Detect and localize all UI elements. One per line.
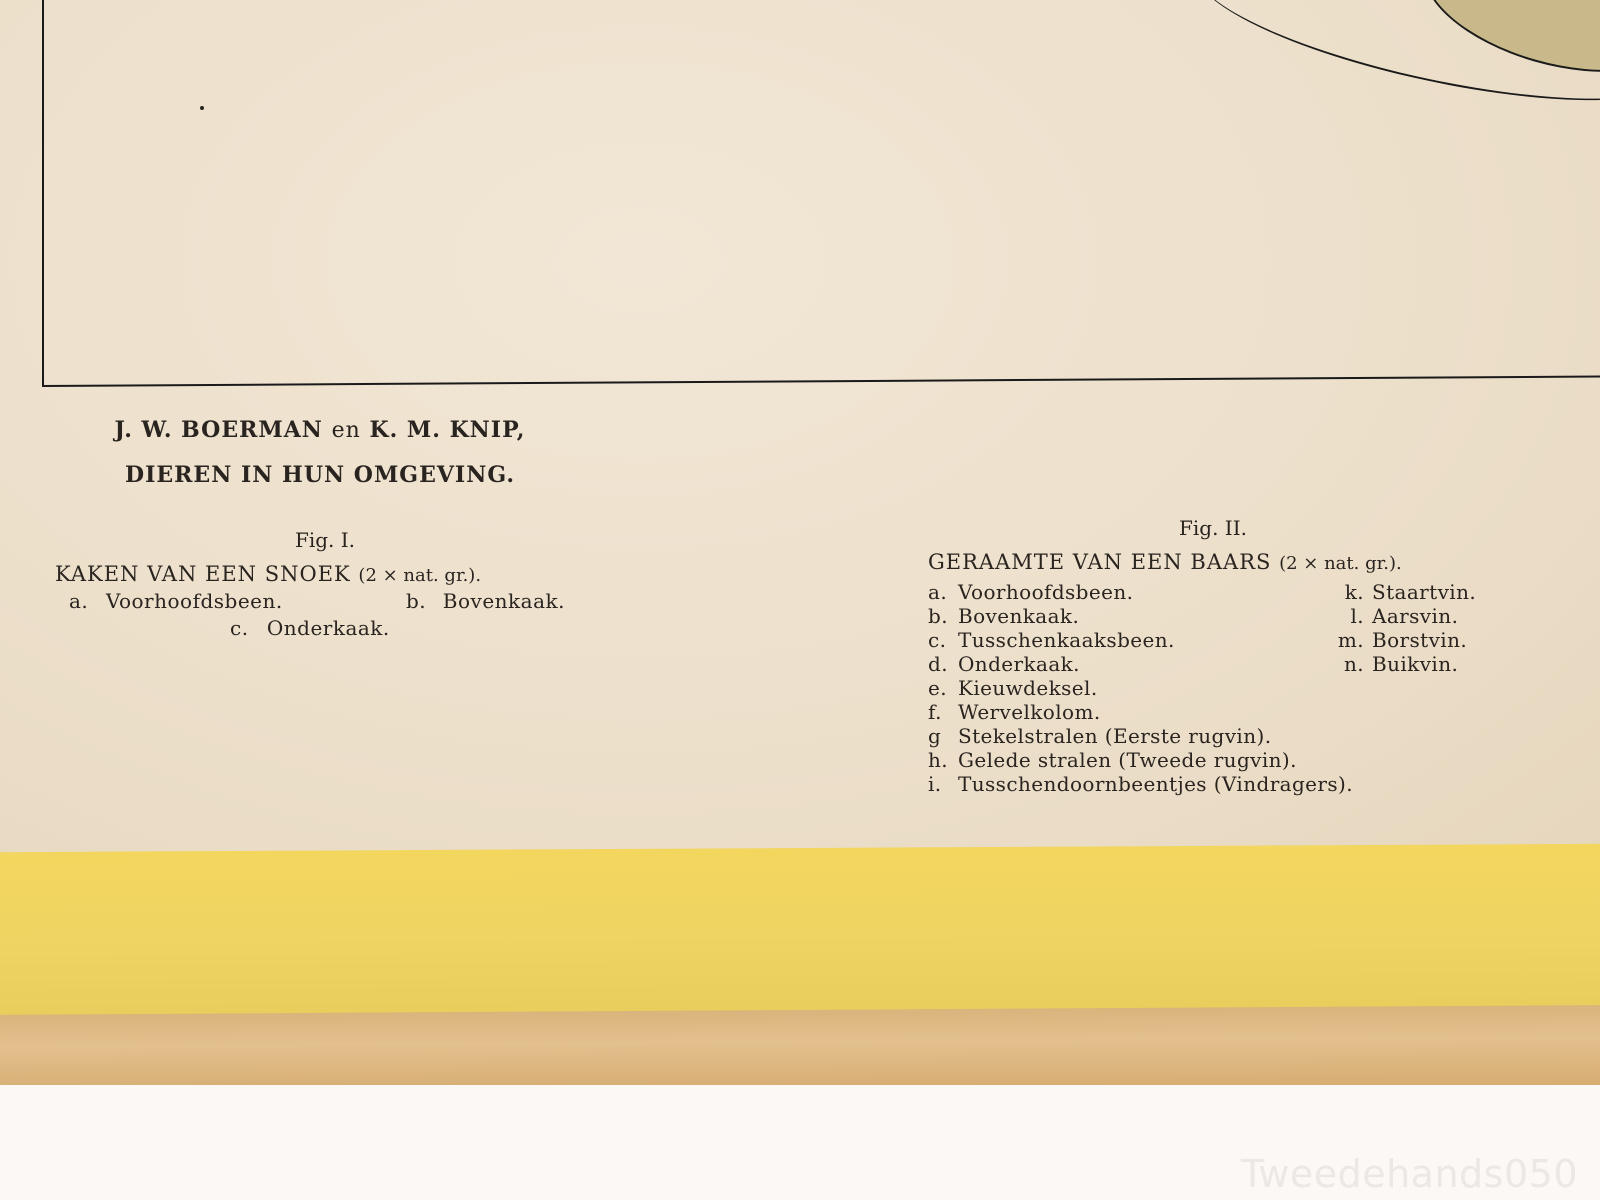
- legend-text: Voorhoofdsbeen.: [958, 580, 1133, 604]
- legend-item: b.Bovenkaak.: [928, 604, 1328, 628]
- publication-credit: J. W. BOERMAN en K. M. KNIP, DIEREN IN H…: [80, 408, 560, 497]
- legend-item: h.Gelede stralen (Tweede rugvin).: [928, 748, 1328, 772]
- legend-key: i.: [928, 772, 958, 796]
- legend-item: c.Tusschenkaaksbeen.: [928, 628, 1328, 652]
- legend-key: a.: [928, 580, 958, 604]
- figure-1-caption: Fig. I. KAKEN VAN EEN SNOEK (2 × nat. gr…: [55, 528, 595, 642]
- legend-text: Onderkaak.: [267, 616, 390, 640]
- legend-item: a. Voorhoofdsbeen.: [69, 588, 283, 615]
- legend-key: a.: [69, 588, 99, 615]
- legend-key: e.: [928, 676, 958, 700]
- legend-text: Kieuwdeksel.: [958, 676, 1098, 700]
- watermark: Tweedehands050: [1241, 1152, 1578, 1196]
- legend-item: e.Kieuwdeksel.: [928, 676, 1328, 700]
- legend-item: i.Tusschendoornbeentjes (Vindragers).: [928, 772, 1328, 796]
- legend-key: k.: [1328, 580, 1372, 604]
- legend-text: Voorhoofdsbeen.: [106, 589, 283, 613]
- legend-text: Onderkaak.: [958, 652, 1080, 676]
- legend-text: Aarsvin.: [1372, 604, 1458, 628]
- figure-1-title: KAKEN VAN EEN SNOEK (2 × nat. gr.).: [55, 562, 595, 586]
- legend-item: k.Staartvin.: [1328, 580, 1508, 604]
- legend-text: Wervelkolom.: [958, 700, 1101, 724]
- legend-key: h.: [928, 748, 958, 772]
- legend-item: d.Onderkaak.: [928, 652, 1328, 676]
- legend-item: b. Bovenkaak.: [406, 588, 565, 615]
- legend-text: Bovenkaak.: [958, 604, 1079, 628]
- figure-2-caption: Fig. II. GERAAMTE VAN EEN BAARS (2 × nat…: [928, 516, 1528, 796]
- legend-item: a.Voorhoofdsbeen.: [928, 580, 1328, 604]
- figure-2-title: GERAAMTE VAN EEN BAARS (2 × nat. gr.).: [928, 550, 1528, 574]
- legend-item: gStekelstralen (Eerste rugvin).: [928, 724, 1328, 748]
- legend-item: c. Onderkaak.: [230, 616, 390, 640]
- authors-line: J. W. BOERMAN en K. M. KNIP,: [80, 408, 560, 453]
- legend-item: f.Wervelkolom.: [928, 700, 1328, 724]
- figure-1-title-text: KAKEN VAN EEN SNOEK: [55, 562, 351, 586]
- legend-text: Tusschenkaaksbeen.: [958, 628, 1175, 652]
- legend-key: m.: [1328, 628, 1372, 652]
- legend-key: b.: [406, 588, 436, 615]
- conjunction: en: [332, 418, 361, 443]
- legend-key: g: [928, 724, 958, 748]
- figure-2-scale: (2 × nat. gr.).: [1279, 553, 1402, 574]
- legend-item: n.Buikvin.: [1328, 652, 1508, 676]
- aged-paper-edge: [0, 1005, 1600, 1095]
- author-knip: K. M. KNIP,: [369, 417, 525, 443]
- legend-text: Staartvin.: [1372, 580, 1476, 604]
- legend-key: d.: [928, 652, 958, 676]
- legend-key: n.: [1328, 652, 1372, 676]
- legend-key: l.: [1328, 604, 1372, 628]
- legend-key: f.: [928, 700, 958, 724]
- figure-1-legend: a. Voorhoofdsbeen. b. Bovenkaak. c. Onde…: [55, 588, 595, 642]
- legend-text: Buikvin.: [1372, 652, 1458, 676]
- legend-text: Borstvin.: [1372, 628, 1467, 652]
- ink-speck: [200, 106, 204, 110]
- figure-2-title-text: GERAAMTE VAN EEN BAARS: [928, 550, 1271, 574]
- legend-key: c.: [928, 628, 958, 652]
- series-title: DIEREN IN HUN OMGEVING.: [80, 453, 560, 497]
- figure-2-legend: a.Voorhoofdsbeen. b.Bovenkaak. c.Tussche…: [928, 580, 1528, 796]
- author-boerman: J. W. BOERMAN: [115, 417, 323, 443]
- legend-key: c.: [230, 615, 260, 642]
- figure-1-label: Fig. I.: [55, 528, 595, 552]
- legend-item: l.Aarsvin.: [1328, 604, 1508, 628]
- legend-text: Stekelstralen (Eerste rugvin).: [958, 724, 1271, 748]
- legend-column-left: a.Voorhoofdsbeen. b.Bovenkaak. c.Tussche…: [928, 580, 1328, 796]
- legend-text: Gelede stralen (Tweede rugvin).: [958, 748, 1297, 772]
- figure-2-label: Fig. II.: [928, 516, 1498, 540]
- legend-text: Tusschendoornbeentjes (Vindragers).: [958, 772, 1353, 796]
- legend-key: b.: [928, 604, 958, 628]
- figure-1-scale: (2 × nat. gr.).: [358, 565, 481, 586]
- legend-column-right: k.Staartvin. l.Aarsvin. m.Borstvin. n.Bu…: [1328, 580, 1508, 796]
- legend-text: Bovenkaak.: [443, 589, 565, 613]
- yellow-border-band: [0, 844, 1600, 1022]
- legend-item: m.Borstvin.: [1328, 628, 1508, 652]
